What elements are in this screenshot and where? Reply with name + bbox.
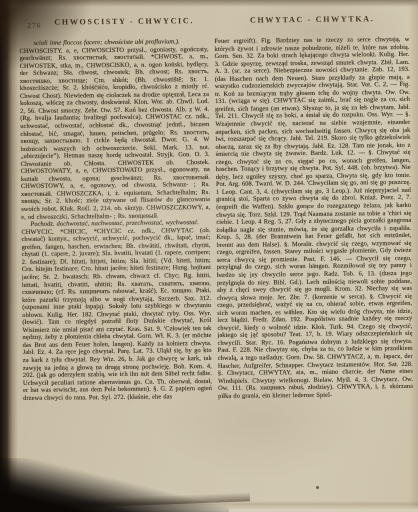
running-head-right: CHWYTAC - CHWYTKA. bbox=[226, 14, 398, 25]
running-head-left: CHWOSCISTY - CHWYCIC. bbox=[48, 16, 200, 27]
text-paragraph: Feuer ergreift). Fig. Bardziey nas te rz… bbox=[214, 36, 413, 400]
text-paragraph: CHWOSCISTY, a, e, CHWOSCISTO przysł., og… bbox=[19, 46, 210, 222]
right-text-column: Feuer ergreift). Fig. Bardziey nas te rz… bbox=[214, 36, 414, 495]
page-content: 276 CHWOSCISTY - CHWYCIC. CHWYTAC - CHWY… bbox=[0, 0, 418, 512]
text-paragraph: CHWYCIC, *CHICIC, *CHYCIC cz. ndk., CHWY… bbox=[21, 227, 212, 403]
left-text-column: sciali inne floccos facere; chwościste u… bbox=[19, 38, 213, 497]
page-number: 276 bbox=[27, 21, 41, 30]
scanned-dictionary-page: 276 CHWOSCISTY - CHWYCIC. CHWYTAC - CHWY… bbox=[0, 0, 418, 512]
